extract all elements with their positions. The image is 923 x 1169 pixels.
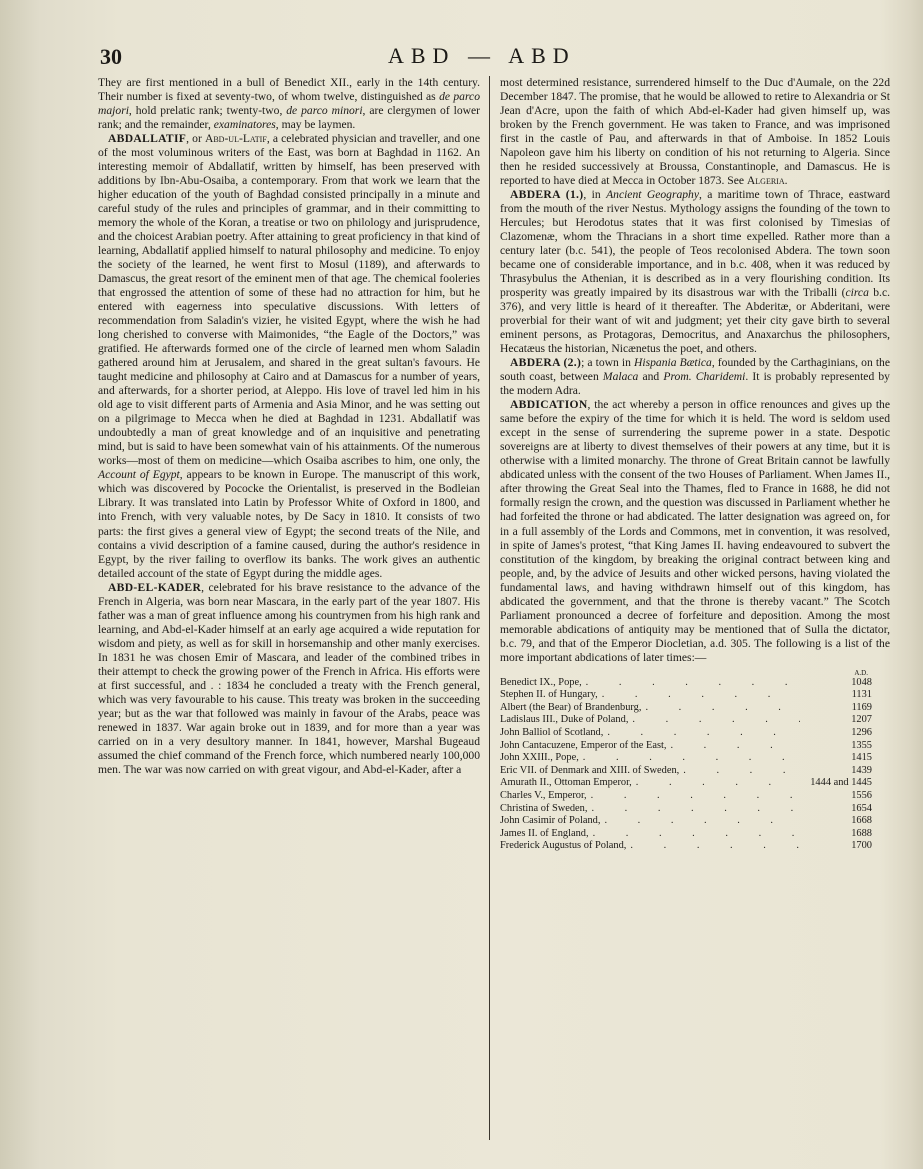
table-row: Amurath II., Ottoman Emperor,. . . . . .…: [500, 777, 872, 790]
ruler-name: John Casimir of Poland,: [500, 815, 600, 828]
paragraph-continuation: They are first mentioned in a bull of Be…: [98, 76, 480, 132]
text: , appears to be known in Europe. The man…: [98, 468, 480, 579]
leader-dots: . . . . . . .: [641, 702, 800, 715]
year: 1700: [800, 840, 872, 853]
leader-dots: . . . . . . .: [582, 677, 800, 690]
italic-term: circa: [845, 286, 868, 299]
year: 1296: [800, 727, 872, 740]
italic-term: Ancient Geography: [606, 188, 699, 201]
leader-dots: . . . . . . .: [587, 803, 800, 816]
right-column: most determined resistance, surrendered …: [500, 76, 890, 853]
page-number: 30: [100, 44, 122, 70]
running-head: ABD — ABD: [388, 43, 576, 69]
text: and: [638, 370, 663, 383]
leader-dots: . . . . . . .: [628, 714, 800, 727]
text: , celebrated for his brave resistance to…: [98, 581, 480, 776]
headword-abd-el-kader: ABD-EL-KADER: [108, 581, 201, 594]
ruler-name: John Cantacuzene, Emperor of the East,: [500, 740, 666, 753]
italic-term: examinatores: [214, 118, 276, 131]
table-row: John Casimir of Poland,. . . . . . .1668: [500, 815, 872, 828]
leader-dots: . . . . . . .: [598, 689, 800, 702]
year: 1654: [800, 803, 872, 816]
year: 1207: [800, 714, 872, 727]
text: , the act whereby a person in office ren…: [500, 398, 890, 663]
headword-abdication: ABDICATION: [510, 398, 588, 411]
entry-abd-el-kader: ABD-EL-KADER, celebrated for his brave r…: [98, 581, 480, 777]
italic-term: Prom. Charidemi: [663, 370, 745, 383]
italic-title: Account of Egypt: [98, 468, 180, 481]
year: 1355: [800, 740, 872, 753]
column-rule: [489, 76, 490, 1140]
text: , hold prelatic rank; twenty-two,: [129, 104, 286, 117]
leader-dots: . . . . . . .: [600, 815, 800, 828]
text: , or: [186, 132, 205, 145]
table-row: Charles V., Emperor,. . . . . . .1556: [500, 790, 872, 803]
year-column-label: A.D.: [500, 669, 872, 677]
entry-abdication: ABDICATION, the act whereby a person in …: [500, 398, 890, 664]
leader-dots: . . . . . . .: [626, 840, 800, 853]
ruler-name: John Balliol of Scotland,: [500, 727, 603, 740]
year: 1439: [800, 765, 872, 778]
alt-name: Abd-ul-Latif: [205, 132, 267, 145]
headword-abdera-1: ABDERA (1.): [510, 188, 583, 201]
table-row: John Balliol of Scotland,. . . . . . .12…: [500, 727, 872, 740]
table-row: Ladislaus III., Duke of Poland,. . . . .…: [500, 714, 872, 727]
year: 1048: [800, 677, 872, 690]
year: 1131: [800, 689, 872, 702]
leader-dots: . . . . . . .: [666, 740, 800, 753]
italic-term: Hispania Bætica: [634, 356, 712, 369]
text: , a celebrated physician and traveller, …: [98, 132, 480, 467]
text: , a maritime town of Thrace, eastward fr…: [500, 188, 890, 299]
left-column: They are first mentioned in a bull of Be…: [98, 76, 480, 777]
table-row: Stephen II. of Hungary,. . . . . . .1131: [500, 689, 872, 702]
ruler-name: Stephen II. of Hungary,: [500, 689, 598, 702]
leader-dots: . . . . . . .: [632, 777, 800, 790]
ruler-name: Ladislaus III., Duke of Poland,: [500, 714, 628, 727]
headword-abdallatif: ABDALLATIF: [108, 132, 186, 145]
ruler-name: Amurath II., Ottoman Emperor,: [500, 777, 632, 790]
ruler-name: Benedict IX., Pope,: [500, 677, 582, 690]
headword-abdera-2: ABDERA (2.): [510, 356, 581, 369]
ruler-name: Christina of Sweden,: [500, 803, 587, 816]
leader-dots: . . . . . . .: [587, 790, 800, 803]
scanned-page: 30 ABD — ABD They are first mentioned in…: [0, 0, 923, 1169]
entry-abdallatif: ABDALLATIF, or Abd-ul-Latif, a celebrate…: [98, 132, 480, 581]
entry-abd-el-kader-continued: most determined resistance, surrendered …: [500, 76, 890, 188]
text: ; a town in: [581, 356, 634, 369]
year: 1415: [800, 752, 872, 765]
italic-term: de parco minori: [286, 104, 362, 117]
table-row: John XXIII., Pope,. . . . . . .1415: [500, 752, 872, 765]
text: , in: [583, 188, 606, 201]
italic-term: Malaca: [603, 370, 638, 383]
text: most determined resistance, surrendered …: [500, 76, 890, 187]
table-row: John Cantacuzene, Emperor of the East,. …: [500, 740, 872, 753]
ruler-name: Albert (the Bear) of Brandenburg,: [500, 702, 641, 715]
abdications-table: A.D. Benedict IX., Pope,. . . . . . .104…: [500, 669, 872, 853]
text: They are first mentioned in a bull of Be…: [98, 76, 480, 103]
table-row: Eric VII. of Denmark and XIII. of Sweden…: [500, 765, 872, 778]
text: , may be laymen.: [276, 118, 356, 131]
year: 1444 and 1445: [800, 777, 872, 790]
leader-dots: . . . . . . .: [579, 752, 800, 765]
entry-abdera-1: ABDERA (1.), in Ancient Geography, a mar…: [500, 188, 890, 356]
entry-abdera-2: ABDERA (2.); a town in Hispania Bætica, …: [500, 356, 890, 398]
text: .: [785, 174, 788, 187]
ruler-name: John XXIII., Pope,: [500, 752, 579, 765]
table-row: Christina of Sweden,. . . . . . .1654: [500, 803, 872, 816]
cross-reference: Algeria: [747, 174, 785, 187]
ruler-name: Frederick Augustus of Poland,: [500, 840, 626, 853]
leader-dots: . . . . . . .: [603, 727, 800, 740]
table-row: James II. of England,. . . . . . .1688: [500, 828, 872, 841]
year: 1688: [800, 828, 872, 841]
leader-dots: . . . . . . .: [679, 765, 800, 778]
year: 1668: [800, 815, 872, 828]
leader-dots: . . . . . . .: [589, 828, 800, 841]
table-row: Frederick Augustus of Poland,. . . . . .…: [500, 840, 872, 853]
year: 1556: [800, 790, 872, 803]
ruler-name: Eric VII. of Denmark and XIII. of Sweden…: [500, 765, 679, 778]
table-row: Albert (the Bear) of Brandenburg,. . . .…: [500, 702, 872, 715]
ruler-name: James II. of England,: [500, 828, 589, 841]
ruler-name: Charles V., Emperor,: [500, 790, 587, 803]
table-row: Benedict IX., Pope,. . . . . . .1048: [500, 677, 872, 690]
year: 1169: [800, 702, 872, 715]
